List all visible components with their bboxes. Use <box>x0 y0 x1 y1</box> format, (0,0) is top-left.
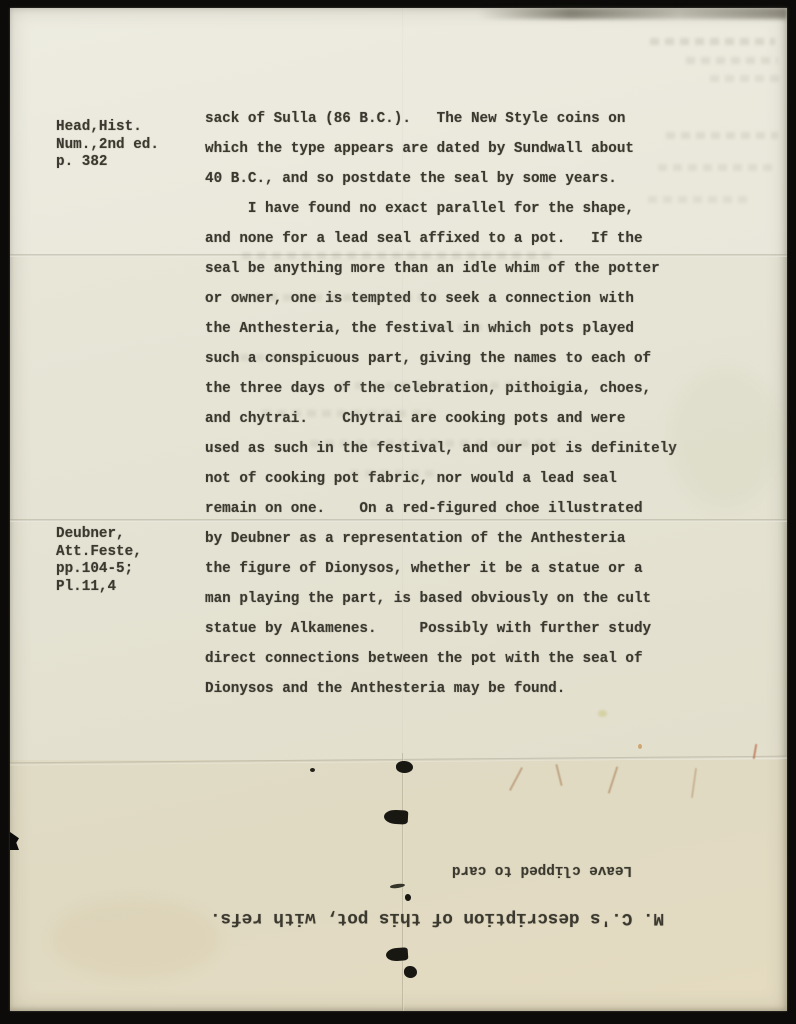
typed-line: the three days of the celebration, pitho… <box>205 374 695 404</box>
showthrough-smudge <box>238 294 438 301</box>
showthrough-smudge <box>262 410 432 417</box>
left-edge-tear <box>10 832 19 850</box>
typed-line: and chytrai. Chytrai are cooking pots an… <box>205 404 695 434</box>
typed-line: direct connections between the pot with … <box>205 644 695 674</box>
showthrough-smudge <box>242 252 552 259</box>
showthrough-smudge <box>428 324 532 331</box>
showthrough-smudge <box>340 382 570 389</box>
top-edge-grime <box>478 8 787 19</box>
ink-blot <box>396 761 413 773</box>
paper-stain <box>50 898 220 978</box>
showthrough-smudge <box>650 38 775 45</box>
margin-citation-head: Head,Hist.Num.,2nd ed.p. 382 <box>56 119 159 172</box>
ink-blot <box>404 966 417 978</box>
citation-line: p. 382 <box>56 154 159 172</box>
typed-line: Dionysos and the Anthesteria may be foun… <box>205 674 695 704</box>
scratch-mark <box>555 764 562 786</box>
ink-dot <box>405 894 411 901</box>
typed-body-text: sack of Sulla (86 B.C.). The New Style c… <box>205 104 695 704</box>
typed-line: which the type appears are dated by Sund… <box>205 134 695 164</box>
typed-line: not of cooking pot fabric, nor would a l… <box>205 464 695 494</box>
citation-line: Att.Feste, <box>56 544 142 562</box>
flipped-note-description: M. C.'s description of this pot, with re… <box>206 905 668 931</box>
typed-line: man playing the part, is based obviously… <box>205 584 695 614</box>
scratch-mark <box>608 766 619 793</box>
typed-line: I have found no exact parallel for the s… <box>205 194 695 224</box>
showthrough-smudge <box>648 196 748 203</box>
showthrough-smudge <box>686 57 778 64</box>
showthrough-smudge <box>350 470 435 477</box>
typed-line: the figure of Dionysos, whether it be a … <box>205 554 695 584</box>
rust-speck <box>638 744 642 749</box>
typed-line: 40 B.C., and so postdate the seal by som… <box>205 164 695 194</box>
citation-line: Deubner, <box>56 526 142 544</box>
showthrough-smudge <box>240 354 340 361</box>
stain-speck <box>598 710 607 717</box>
typed-line: used as such in the festival, and our po… <box>205 434 695 464</box>
showthrough-smudge <box>666 132 778 139</box>
ink-blot <box>384 809 409 824</box>
showthrough-smudge <box>310 440 565 447</box>
margin-citation-deubner: Deubner,Att.Feste,pp.104-5;Pl.11,4 <box>56 526 142 596</box>
typed-line: by Deubner as a representation of the An… <box>205 524 695 554</box>
typed-line: sack of Sulla (86 B.C.). The New Style c… <box>205 104 695 134</box>
scan-background: { "colors":{ "background":"#0c0b09", "pa… <box>0 0 796 1024</box>
ink-speck <box>310 768 315 772</box>
citation-line: Num.,2nd ed. <box>56 137 159 155</box>
typed-line: and none for a lead seal affixed to a po… <box>205 224 695 254</box>
citation-line: Head,Hist. <box>56 119 159 137</box>
flipped-note-leave-clipped: Leave clipped to card <box>444 859 640 881</box>
typed-line: statue by Alkamenes. Possibly with furth… <box>205 614 695 644</box>
showthrough-smudge <box>710 75 780 82</box>
typed-line: remain on one. On a red-figured choe ill… <box>205 494 695 524</box>
paper-stain <box>670 368 780 508</box>
scratch-mark <box>691 768 697 798</box>
citation-line: pp.104-5; <box>56 561 142 579</box>
ink-blot <box>386 947 409 962</box>
citation-line: Pl.11,4 <box>56 579 142 597</box>
paper-sheet: Head,Hist.Num.,2nd ed.p. 382 Deubner,Att… <box>10 8 787 1011</box>
scratch-mark <box>509 767 523 791</box>
showthrough-smudge <box>658 164 778 171</box>
